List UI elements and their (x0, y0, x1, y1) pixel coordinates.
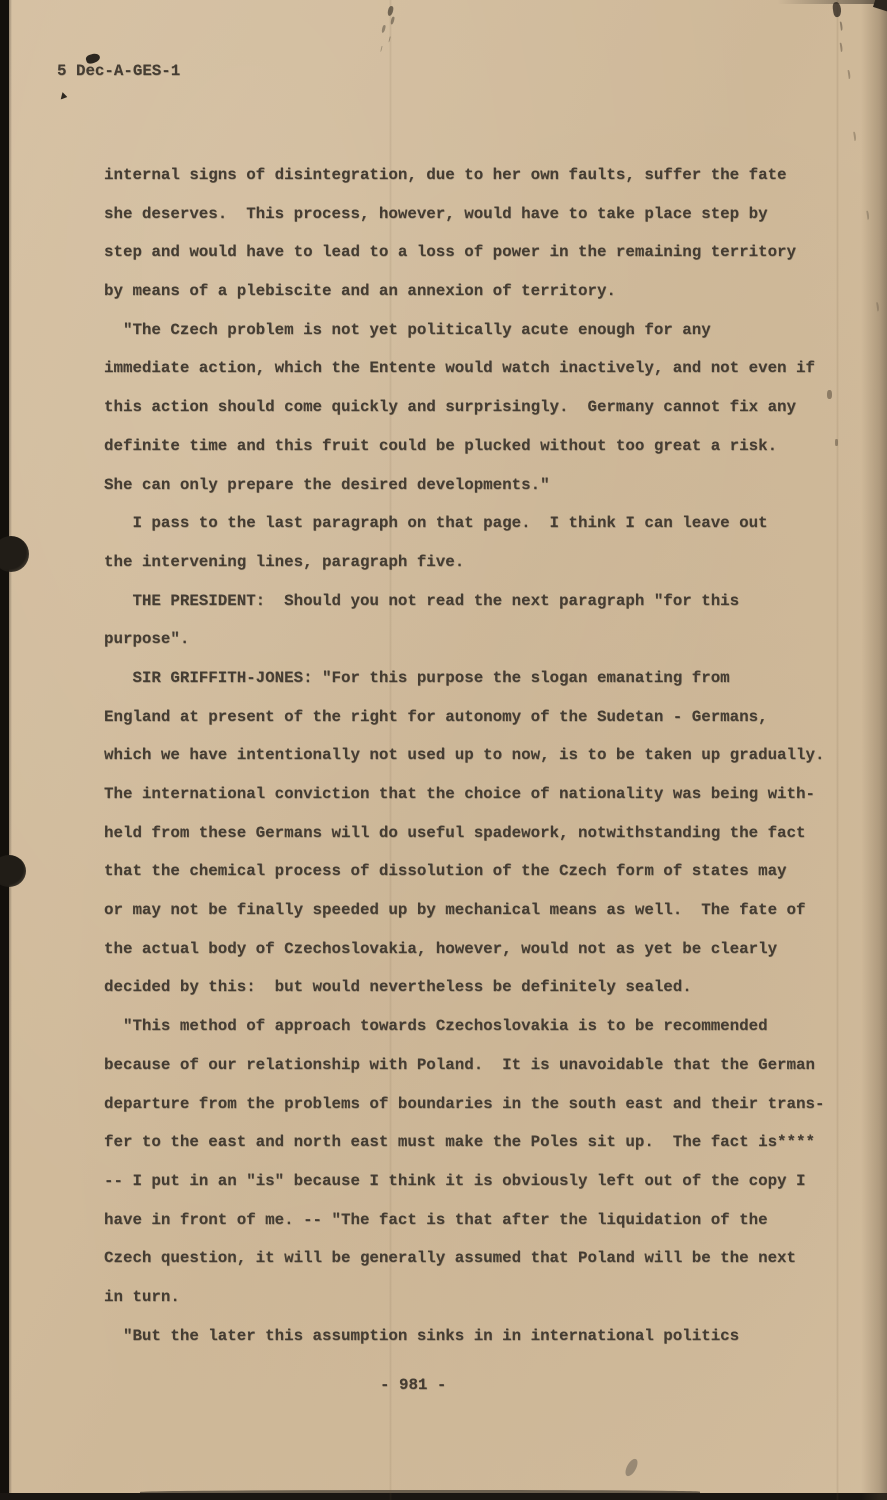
transcript-line: this action should come quickly and surp… (104, 388, 864, 427)
transcript-line: I pass to the last paragraph on that pag… (104, 504, 864, 543)
transcript-line: Czech question, it will be generally ass… (104, 1239, 864, 1278)
ink-smudge-top-center (387, 6, 394, 17)
transcript-line: decided by this: but would nevertheless … (104, 968, 864, 1007)
transcript-line: definite time and this fruit could be pl… (104, 427, 864, 466)
transcript-line: internal signs of disintegration, due to… (104, 156, 864, 195)
scanned-document-page: 5 Dec-A-GES-1 internal signs of disinteg… (0, 0, 887, 1500)
scan-edge-left (0, 0, 9, 1500)
transcript-line: in turn. (104, 1278, 864, 1317)
transcript-line: the intervening lines, paragraph five. (104, 543, 864, 582)
transcript-line: SIR GRIFFITH-JONES: "For this purpose th… (104, 659, 864, 698)
transcript-line: that the chemical process of dissolution… (104, 852, 864, 891)
transcript-line: She can only prepare the desired develop… (104, 466, 864, 505)
transcript-line: by means of a plebiscite and an annexion… (104, 272, 864, 311)
transcript-line: she deserves. This process, however, wou… (104, 195, 864, 234)
transcript-line: England at present of the right for auto… (104, 698, 864, 737)
transcript-line: step and would have to lead to a loss of… (104, 233, 864, 272)
punch-hole-top (0, 536, 29, 572)
transcript-line: because of our relationship with Poland.… (104, 1046, 864, 1085)
transcript-line: "The Czech problem is not yet politicall… (104, 311, 864, 350)
transcript-line: or may not be finally speeded up by mech… (104, 891, 864, 930)
transcript-line: immediate action, which the Entente woul… (104, 349, 864, 388)
transcript-line: The international conviction that the ch… (104, 775, 864, 814)
transcript-line: the actual body of Czechoslovakia, howev… (104, 930, 864, 969)
transcript-line: which we have intentionally not used up … (104, 736, 864, 775)
transcript-line: departure from the problems of boundarie… (104, 1085, 864, 1124)
transcript-lines: internal signs of disintegration, due to… (104, 156, 864, 1355)
transcript-line: purpose". (104, 620, 864, 659)
document-reference-header: 5 Dec-A-GES-1 (57, 62, 180, 80)
page-number: - 981 - (380, 1372, 446, 1398)
paper-edge-right-shadow (861, 0, 887, 1500)
transcript-line: "But the later this assumption sinks in … (104, 1317, 864, 1356)
transcript-line: "This method of approach towards Czechos… (104, 1007, 864, 1046)
punch-hole-bottom (0, 855, 26, 887)
transcript-line: held from these Germans will do useful s… (104, 814, 864, 853)
transcript-line: -- I put in an "is" because I think it i… (104, 1162, 864, 1201)
pencil-smudge-bottom (623, 1457, 640, 1478)
transcript-line: fer to the east and north east must make… (104, 1123, 864, 1162)
scan-edge-bottom (0, 1493, 887, 1500)
ink-tick-header (59, 91, 67, 99)
transcript-line: THE PRESIDENT: Should you not read the n… (104, 582, 864, 621)
transcript-line: have in front of me. -- "The fact is tha… (104, 1201, 864, 1240)
